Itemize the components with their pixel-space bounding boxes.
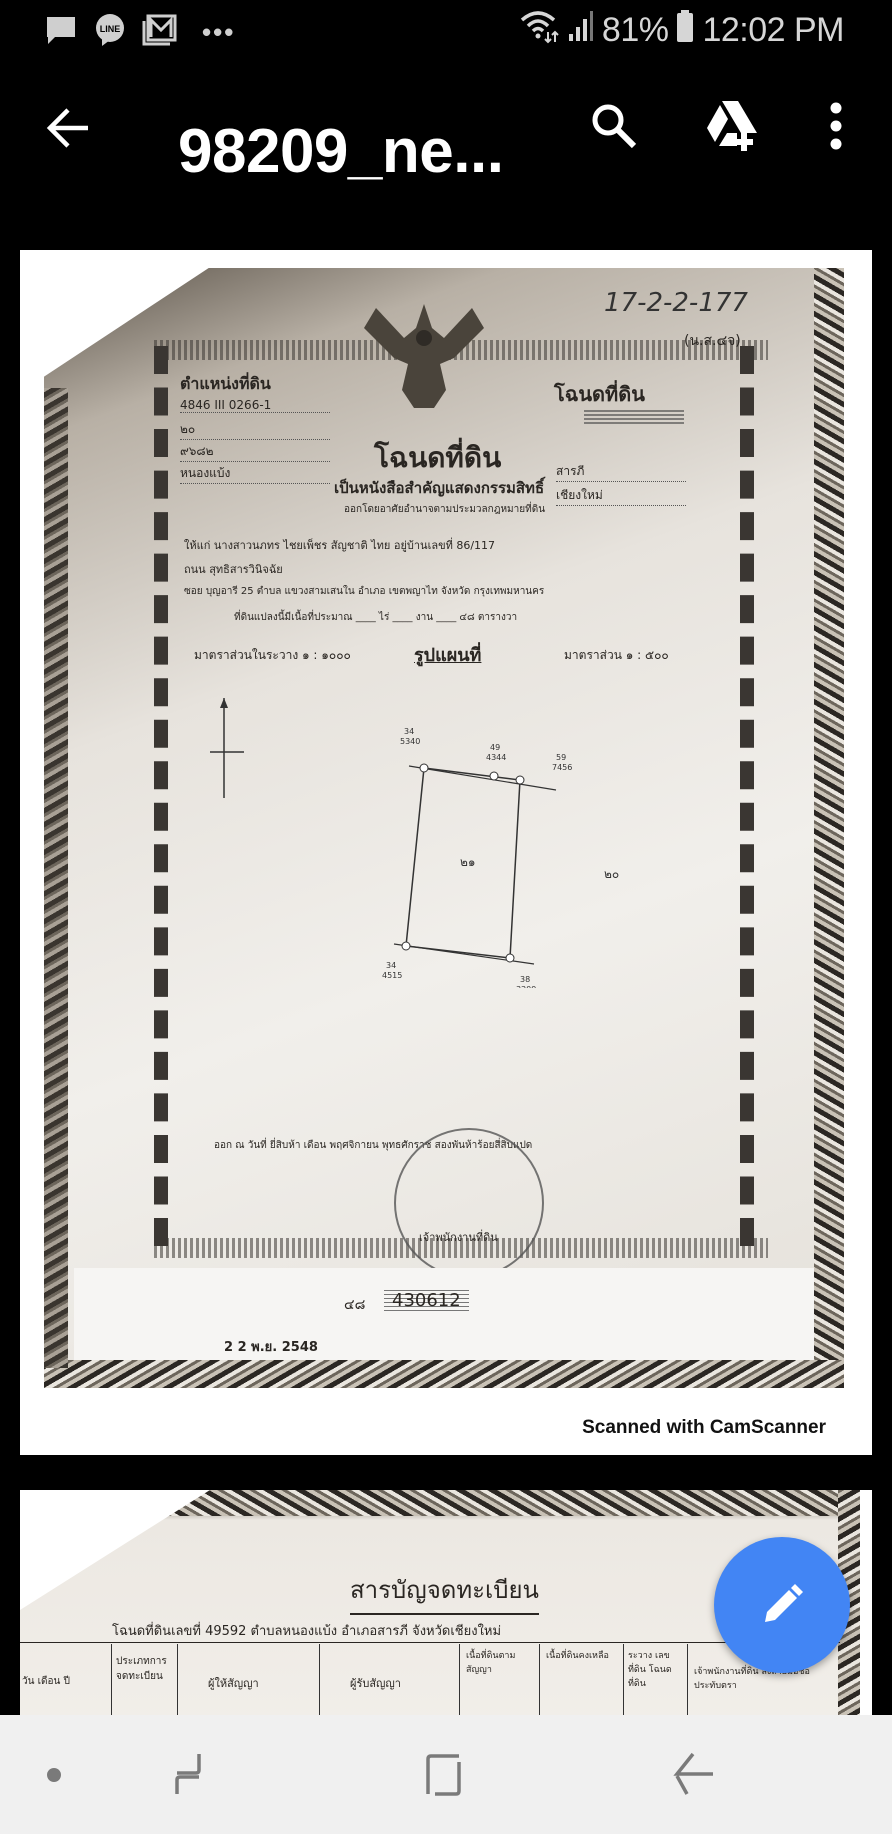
wifi-icon	[520, 8, 560, 53]
edit-fab-button[interactable]	[714, 1537, 850, 1673]
home-button[interactable]	[412, 1743, 476, 1807]
svg-text:38: 38	[520, 975, 530, 984]
scale-left: มาตราส่วนในระวาง ๑ : ๑๐๐๐	[194, 646, 351, 665]
registration-strip	[74, 1268, 814, 1360]
document-title: 98209_ne...	[178, 116, 503, 187]
column-area-contract: เนื้อที่ดินตามสัญญา	[460, 1644, 540, 1715]
map-title: รูปแผนที่	[414, 640, 481, 669]
gmail-icon	[142, 13, 178, 52]
road-line: ถนน สุทธิสารวินิจฉัย	[184, 560, 283, 578]
form-code: (น.ส.๔จ)	[684, 330, 741, 352]
register-title: สารบัญจดทะเบียน	[350, 1570, 539, 1615]
battery-percent: 81%	[602, 11, 669, 50]
recents-button[interactable]	[162, 1743, 226, 1807]
notification-icons: LINE •••	[44, 12, 235, 53]
garuda-emblem	[354, 298, 494, 418]
serial-number: 430612	[384, 1290, 469, 1311]
message-icon	[44, 13, 78, 52]
signal-icon	[568, 10, 594, 51]
speckled-border-bottom	[44, 1360, 844, 1388]
scale-right: มาตราส่วน ๑ : ๕๐๐	[564, 646, 669, 665]
parcel-map: ๒๑ ๒๐ 34 5340 49 4344 59 7456 34 4515 38…	[204, 688, 664, 988]
svg-text:3209: 3209	[516, 985, 536, 988]
province: เชียงใหม่	[556, 486, 686, 506]
handwritten-reference: 17-2-2-177	[604, 288, 748, 318]
survey-page: ๙๖๘๒	[180, 442, 330, 462]
back-nav-button[interactable]	[662, 1743, 726, 1807]
svg-text:34: 34	[404, 727, 414, 736]
back-button[interactable]	[42, 100, 98, 156]
svg-text:4344: 4344	[486, 753, 506, 762]
app-bar: 98209_ne...	[0, 60, 892, 250]
camscanner-watermark: Scanned with CamScanner	[582, 1417, 826, 1439]
date-stamp: 2 2 พ.ย. 2548	[224, 1336, 318, 1357]
more-vert-icon	[826, 101, 846, 151]
area-line: ที่ดินแปลงนี้มีเนื้อที่ประมาณ ____ ไร่ _…	[234, 610, 517, 625]
deed-title: โฉนดที่ดิน	[374, 436, 501, 480]
deed-label: โฉนดที่ดิน	[554, 378, 645, 410]
svg-text:๒๑: ๒๑	[460, 855, 476, 869]
owner-line: ให้แก่ นางสาวนภทร ไชยเพ็ชร สัญชาติ ไทย อ…	[184, 536, 495, 554]
back-nav-icon	[669, 1750, 719, 1800]
column-area-remaining: เนื้อที่ดินคงเหลือ	[540, 1644, 624, 1715]
drive-add-icon	[703, 99, 761, 153]
scanned-deed: 17-2-2-177 (น.ส.๔จ) ตำแหน่งที่ดิน 4846 I…	[44, 268, 844, 1388]
nav-dot-button[interactable]	[22, 1743, 86, 1807]
column-grantee: ผู้รับสัญญา	[320, 1644, 460, 1715]
column-grantor: ผู้ให้สัญญา	[178, 1644, 320, 1715]
parcel-number: ๒๐	[180, 420, 330, 440]
search-icon	[588, 100, 640, 152]
column-date: วัน เดือน ปี	[20, 1644, 112, 1715]
soi-line: ซอย บุญอารี 25 ตำบล แขวงสามเสนใน อำเภอ เ…	[184, 584, 544, 599]
serial-prefix: ๔๘	[344, 1294, 365, 1316]
column-type: ประเภทการจดทะเบียน	[112, 1644, 178, 1715]
register-table-header: วัน เดือน ปี ประเภทการจดทะเบียน ผู้ให้สั…	[20, 1644, 840, 1715]
deed-issued-by: ออกโดยอาศัยอำนาจตามประมวลกฎหมายที่ดิน	[344, 502, 545, 517]
status-bar: LINE ••• 81% 12:02 PM	[0, 0, 892, 60]
svg-text:๒๐: ๒๐	[604, 867, 619, 881]
recents-icon	[169, 1750, 219, 1800]
svg-text:34: 34	[386, 961, 396, 970]
pdf-viewer[interactable]: 17-2-2-177 (น.ส.๔จ) ตำแหน่งที่ดิน 4846 I…	[0, 250, 892, 1715]
official-title: เจ้าพนักงานที่ดิน	[419, 1228, 498, 1246]
speckled-border-left	[44, 388, 68, 1368]
more-notifications-icon: •••	[202, 17, 235, 48]
garuda-icon	[354, 298, 494, 418]
tambon: หนองแบ้ง	[180, 464, 330, 484]
home-icon	[419, 1750, 469, 1800]
more-options-button[interactable]	[806, 96, 866, 156]
svg-text:LINE: LINE	[100, 24, 121, 34]
svg-text:59: 59	[556, 753, 566, 762]
register-header-line: โฉนดที่ดินเลขที่ 49592 ตำบลหนองแบ้ง อำเภ…	[112, 1620, 501, 1641]
navigation-bar	[0, 1715, 892, 1834]
column-parcel: ระวาง เลขที่ดิน โฉนดที่ดิน	[624, 1644, 688, 1715]
clock: 12:02 PM	[702, 11, 844, 50]
search-button[interactable]	[584, 96, 644, 156]
page-1: 17-2-2-177 (น.ส.๔จ) ตำแหน่งที่ดิน 4846 I…	[20, 250, 872, 1455]
line-icon: LINE	[92, 12, 128, 53]
speckled-border-right	[814, 268, 844, 1388]
official-seal	[394, 1128, 544, 1278]
svg-text:7456: 7456	[552, 763, 572, 772]
back-arrow-icon	[42, 100, 98, 156]
dot-icon	[44, 1765, 64, 1785]
page-corner-fold	[20, 250, 240, 410]
svg-text:4515: 4515	[382, 971, 402, 980]
save-to-drive-button[interactable]	[702, 96, 762, 156]
page-corner-fold	[20, 1490, 220, 1610]
svg-text:49: 49	[490, 743, 500, 752]
edit-pencil-icon	[757, 1580, 807, 1630]
table-top-rule	[20, 1642, 840, 1643]
svg-text:5340: 5340	[400, 737, 420, 746]
deed-number-field	[584, 408, 684, 424]
deed-subtitle: เป็นหนังสือสำคัญแสดงกรรมสิทธิ์	[334, 476, 544, 500]
amphoe: สารภี	[556, 462, 686, 482]
battery-icon	[676, 9, 694, 52]
screen: LINE ••• 81% 12:02 PM 98209_ne...	[0, 0, 892, 1834]
system-status: 81% 12:02 PM	[520, 8, 844, 53]
